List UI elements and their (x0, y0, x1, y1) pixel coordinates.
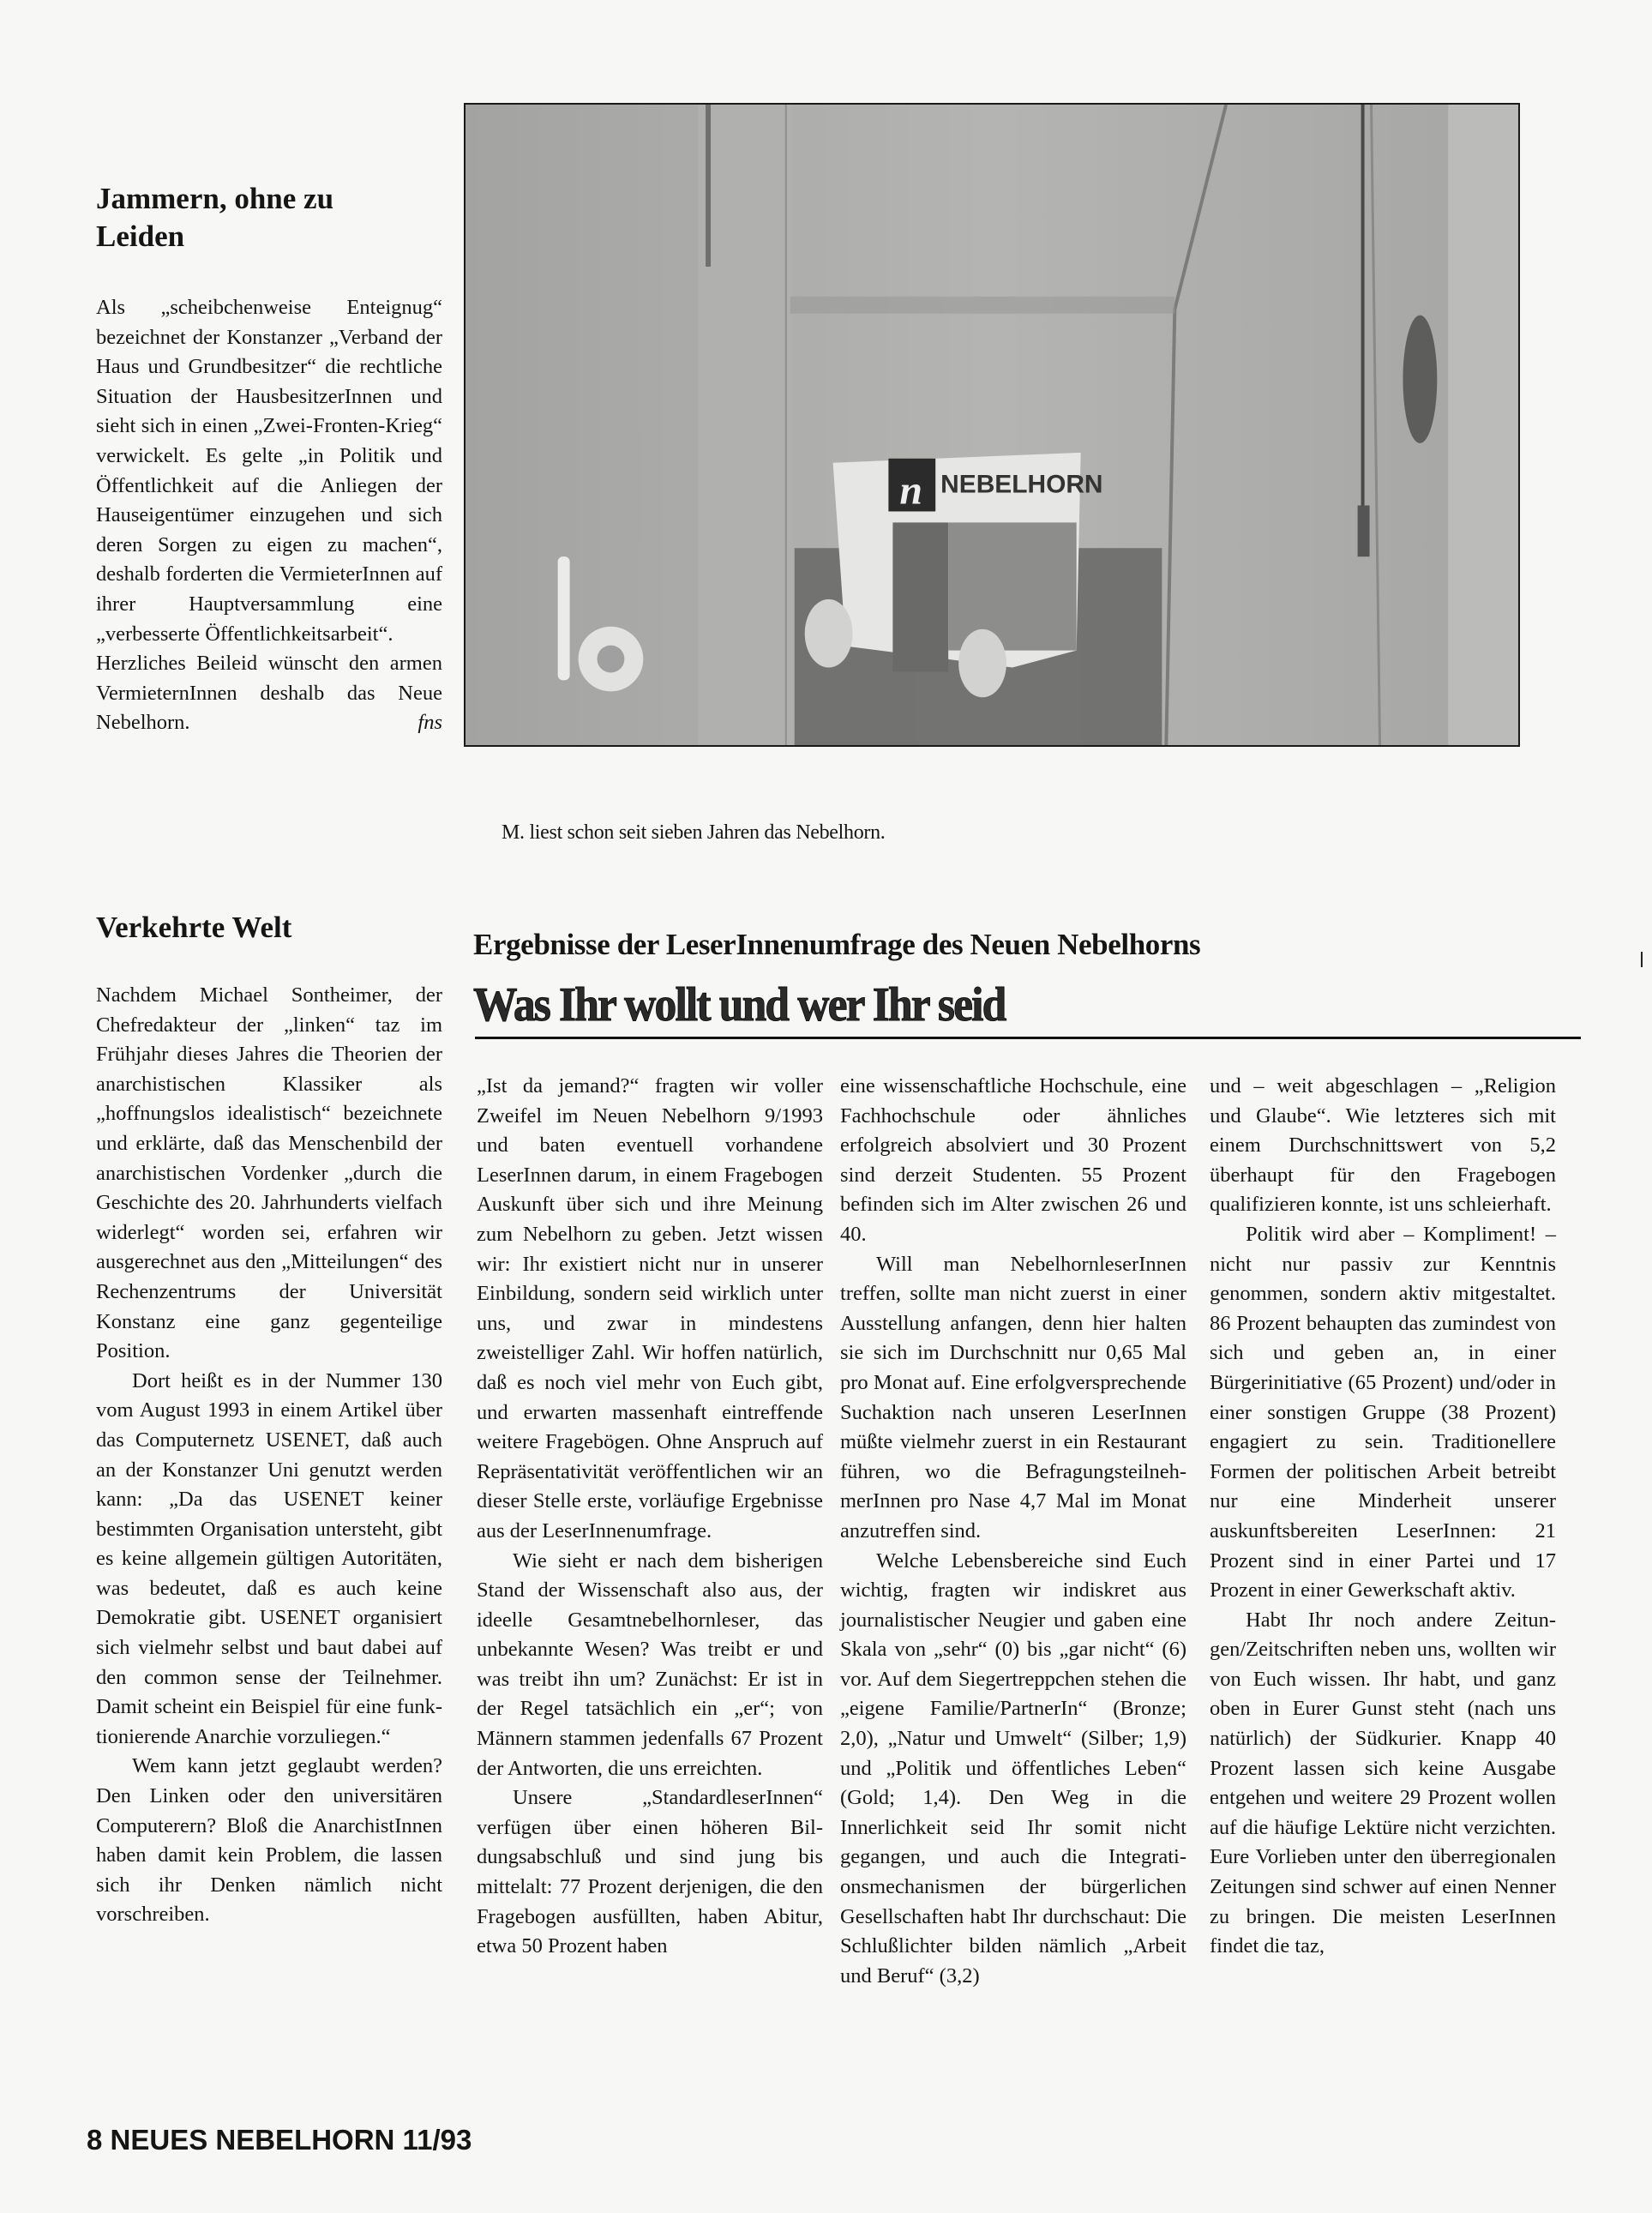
paragraph: Als „scheibchenweise Enteignug“ bezeichn… (96, 293, 442, 649)
article-headline: Was Ihr wollt und wer Ihr seid (473, 977, 1005, 1032)
article-column-3: und – weit abgeschlagen – „Religi­on und… (1210, 1072, 1556, 1962)
article-kicker: Ergebnisse der LeserInnenumfrage des Neu… (473, 928, 1200, 962)
sidebar-article-verkehrte-welt: Verkehrte Welt Nachdem Michael Sontheime… (96, 909, 442, 1930)
article-photo: NEBELHORN n (464, 103, 1520, 747)
paragraph: Nachdem Michael Sontheimer, der Chefreda… (96, 981, 442, 1367)
paragraph: Welche Lebensbereiche sind Euch wichtig,… (840, 1547, 1186, 1992)
paragraph: Will man NebelhornleserInnen treffen, so… (840, 1250, 1186, 1547)
paragraph: Wie sieht er nach dem bisheri­gen Stand … (477, 1547, 823, 1784)
paragraph: Dort heißt es in der Nummer 130 vom Augu… (96, 1367, 442, 1753)
masthead-logo: n (899, 468, 922, 514)
paragraph: Wem kann jetzt geglaubt wer­den? Den Lin… (96, 1752, 442, 1930)
sidebar-article-body: Als „scheibchenweise Enteignug“ bezeichn… (96, 293, 442, 738)
paragraph: und – weit abgeschlagen – „Religi­on und… (1210, 1072, 1556, 1220)
sidebar-article-title: Jammern, ohne zu Leiden (96, 180, 379, 256)
sidebar-article-title: Verkehrte Welt (96, 909, 442, 947)
paragraph: Politik wird aber – Kompli­ment! – nicht… (1210, 1220, 1556, 1606)
paragraph: Herzliches Beileid wünscht den ar­men Ve… (96, 649, 442, 738)
headline-rule (475, 1037, 1581, 1039)
photo-caption: M. liest schon seit sieben Jahren das Ne… (502, 821, 886, 845)
sidebar-article-jammern: Jammern, ohne zu Leiden Als „scheibchenw… (96, 180, 442, 738)
paragraph-text: Herzliches Beileid wünscht den ar­men Ve… (96, 652, 442, 734)
paragraph: Habt Ihr noch andere Zeitun­gen/Zeitschr… (1210, 1606, 1556, 1962)
article-column-2: eine wissenschaftliche Hochschu­le, eine… (840, 1072, 1186, 1991)
page-edge-mark (1641, 952, 1643, 967)
photo-reader-with-newspaper: NEBELHORN n (466, 105, 1518, 745)
article-column-1: „Ist da jemand?“ fragten wir voller Zwei… (477, 1072, 823, 1962)
page-footer: 8 NEUES NEBELHORN 11/93 (87, 2124, 472, 2156)
masthead-text: NEBELHORN (940, 471, 1102, 499)
paragraph: „Ist da jemand?“ fragten wir voller Zwei… (477, 1072, 823, 1547)
paragraph: Unsere „StandardleserInnen“ verfügen übe… (477, 1783, 823, 1962)
author-signature: fns (418, 708, 442, 738)
paragraph: eine wissenschaftliche Hochschu­le, eine… (840, 1072, 1186, 1250)
sidebar-article-body: Nachdem Michael Sontheimer, der Chefreda… (96, 981, 442, 1930)
